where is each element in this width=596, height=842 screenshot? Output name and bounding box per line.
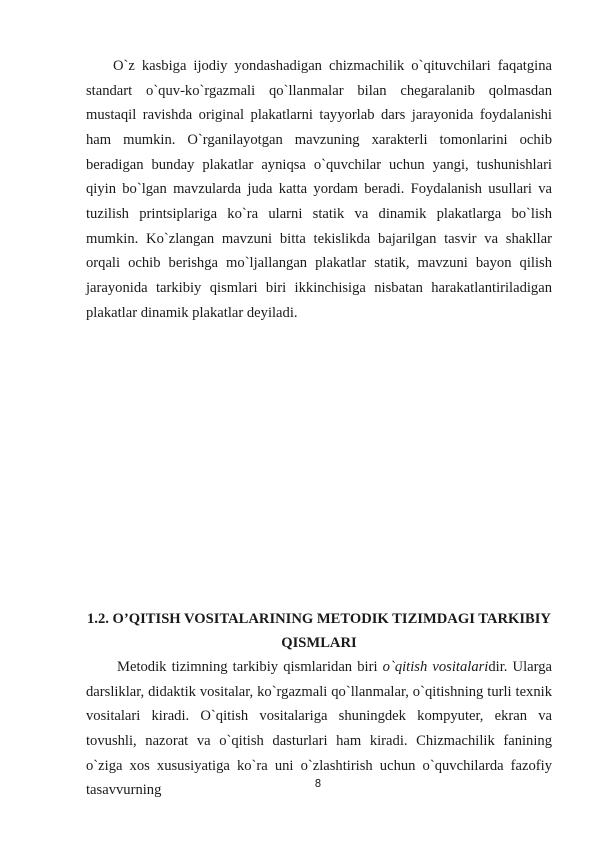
paragraph-text-start: Metodik tizimning tarkibiy qismlaridan b… bbox=[117, 659, 383, 675]
emphasized-term: o`qitish vositalari bbox=[383, 659, 489, 675]
body-paragraph: O`z kasbiga ijodiy yondashadigan chizmac… bbox=[86, 54, 552, 325]
document-page: O`z kasbiga ijodiy yondashadigan chizmac… bbox=[0, 0, 596, 842]
section-heading: 1.2. O’QITISH VOSITALARINING METODIK TIZ… bbox=[86, 607, 552, 656]
page-number: 8 bbox=[0, 778, 596, 790]
paragraph-text: O`z kasbiga ijodiy yondashadigan chizmac… bbox=[86, 58, 552, 321]
